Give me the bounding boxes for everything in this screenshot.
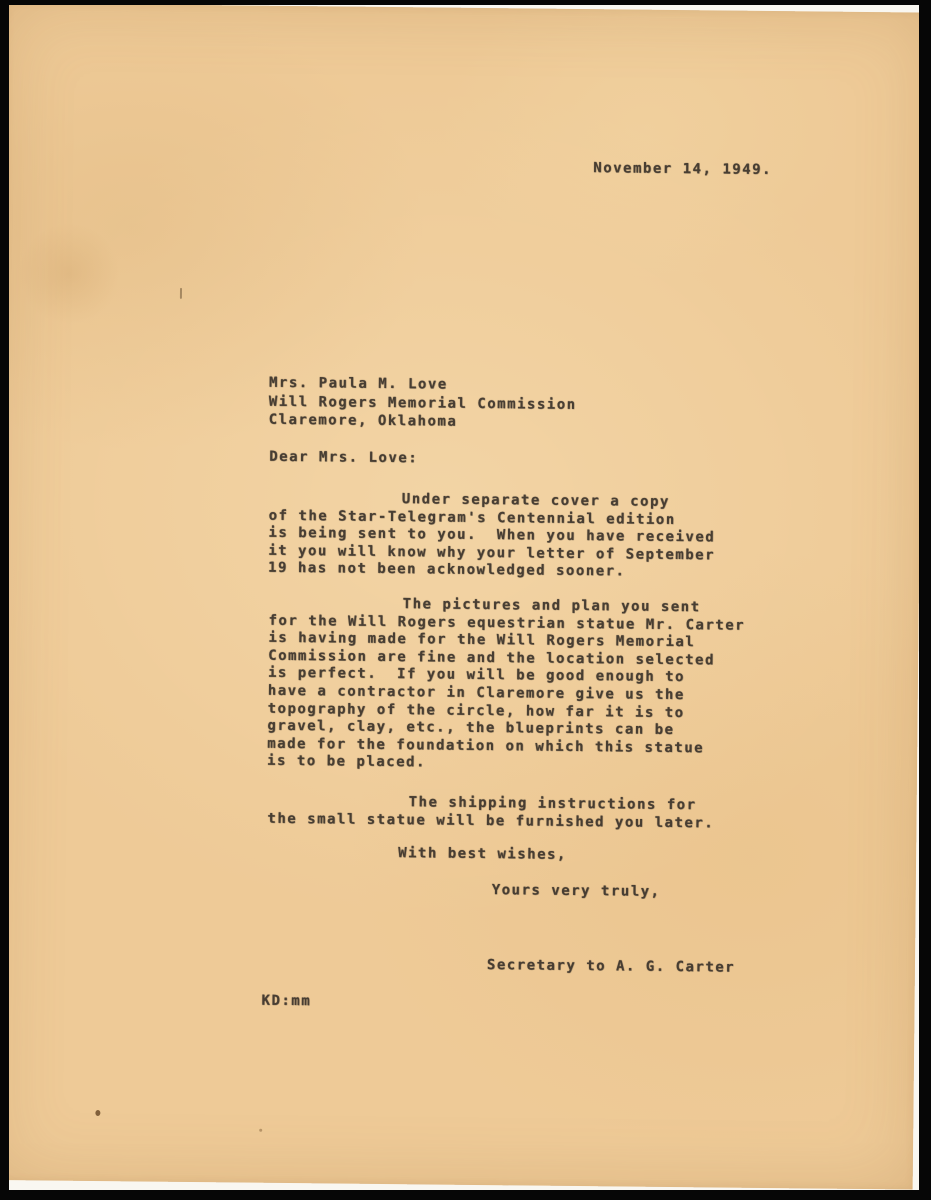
paper-mark bbox=[180, 288, 182, 299]
body-paragraph-1: Under separate cover a copy of the Star-… bbox=[268, 490, 716, 583]
body-paragraph-2: The pictures and plan you sent for the W… bbox=[267, 595, 745, 776]
body-paragraph-3: The shipping instructions for the small … bbox=[267, 793, 714, 833]
scan-frame: November 14, 1949. Mrs. Paula M. Love Wi… bbox=[0, 0, 931, 1200]
recipient-address: Mrs. Paula M. Love Will Rogers Memorial … bbox=[269, 374, 577, 433]
typist-initials: KD:mm bbox=[261, 993, 311, 1011]
letter-date: November 14, 1949. bbox=[593, 160, 772, 179]
paper-speck bbox=[259, 1129, 262, 1132]
paper-speck bbox=[95, 1110, 100, 1116]
signature-title: Secretary to A. G. Carter bbox=[487, 957, 735, 977]
scanner-bed: November 14, 1949. Mrs. Paula M. Love Wi… bbox=[9, 5, 919, 1190]
paper-stain bbox=[14, 218, 125, 329]
closing-wishes: With best wishes, bbox=[398, 845, 567, 864]
valediction: Yours very truly, bbox=[492, 882, 661, 901]
salutation: Dear Mrs. Love: bbox=[269, 449, 418, 468]
letter-paper: November 14, 1949. Mrs. Paula M. Love Wi… bbox=[9, 5, 919, 1190]
